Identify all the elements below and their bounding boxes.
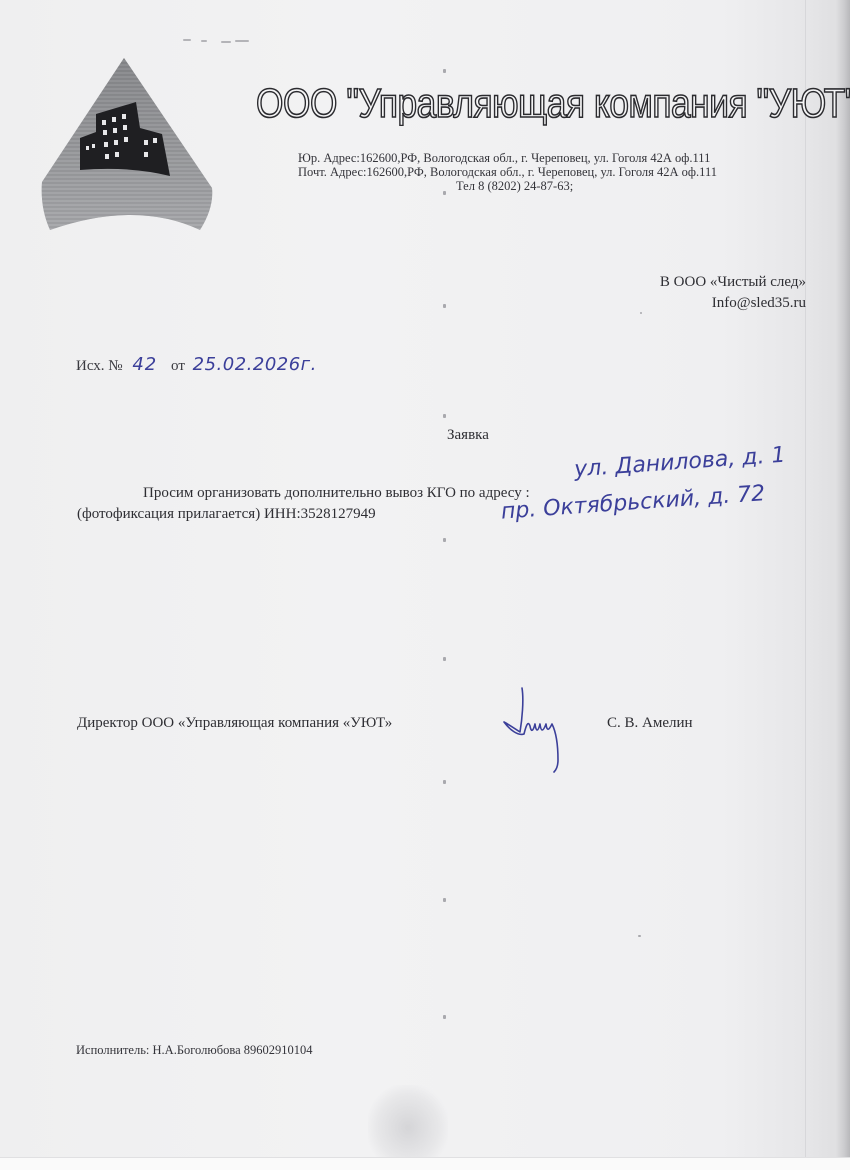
scan-dot: [443, 414, 446, 418]
scan-bottom-edge: [0, 1157, 850, 1170]
executor-contact: Исполнитель: Н.А.Боголюбова 89602910104: [76, 1043, 313, 1058]
legal-address: Юр. Адрес:162600,РФ, Вологодская обл., г…: [298, 151, 728, 165]
outgoing-reference: Исх. № 42 от 25.02.2026г.: [76, 354, 317, 375]
recipient-block: В ООО «Чистый след» Info@sled35.ru: [660, 272, 806, 314]
scan-marks: [183, 37, 253, 43]
scan-dot: [443, 657, 446, 661]
company-contact-block: Юр. Адрес:162600,РФ, Вологодская обл., г…: [298, 151, 728, 193]
request-body: Просим организовать дополнительно вывоз …: [77, 483, 530, 525]
reference-number: 42: [132, 354, 157, 375]
scan-dot: [443, 1015, 446, 1019]
signer-name: С. В. Амелин: [607, 715, 693, 732]
scan-dot: [443, 780, 446, 784]
scan-dot: [640, 312, 642, 314]
scan-dot: [638, 935, 641, 937]
scan-edge-shadow: [836, 0, 850, 1170]
postal-address: Почт. Адрес:162600,РФ, Вологодская обл.,…: [298, 165, 728, 179]
scan-dot: [443, 538, 446, 542]
building-triangle-logo-icon: [40, 58, 216, 233]
scan-fold-line: [805, 0, 806, 1170]
recipient-organization: В ООО «Чистый след»: [660, 272, 806, 293]
signer-position: Директор ООО «Управляющая компания «УЮТ»: [77, 715, 392, 732]
scan-dot: [443, 304, 446, 308]
phone-number: Тел 8 (8202) 24-87-63;: [298, 179, 728, 193]
scanned-letter-page: ООО "Управляющая компания "УЮТ" Юр. Адре…: [0, 0, 850, 1170]
reference-date: 25.02.2026г.: [193, 354, 317, 375]
request-body-line-2: (фотофиксация прилагается) ИНН:352812794…: [77, 504, 530, 525]
company-name: ООО "Управляющая компания "УЮТ": [256, 80, 850, 127]
reference-date-prefix: от: [171, 358, 185, 374]
request-body-line-1: Просим организовать дополнительно вывоз …: [77, 483, 530, 504]
handwritten-addresses: ул. Данилова, д. 1 пр. Октябрьский, д. 7…: [565, 437, 789, 526]
document-title: Заявка: [447, 427, 489, 444]
reference-prefix: Исх. №: [76, 358, 123, 374]
scan-dot: [443, 69, 446, 73]
recipient-email: Info@sled35.ru: [660, 293, 806, 314]
handwritten-signature-icon: [500, 680, 570, 775]
scan-dot: [443, 898, 446, 902]
